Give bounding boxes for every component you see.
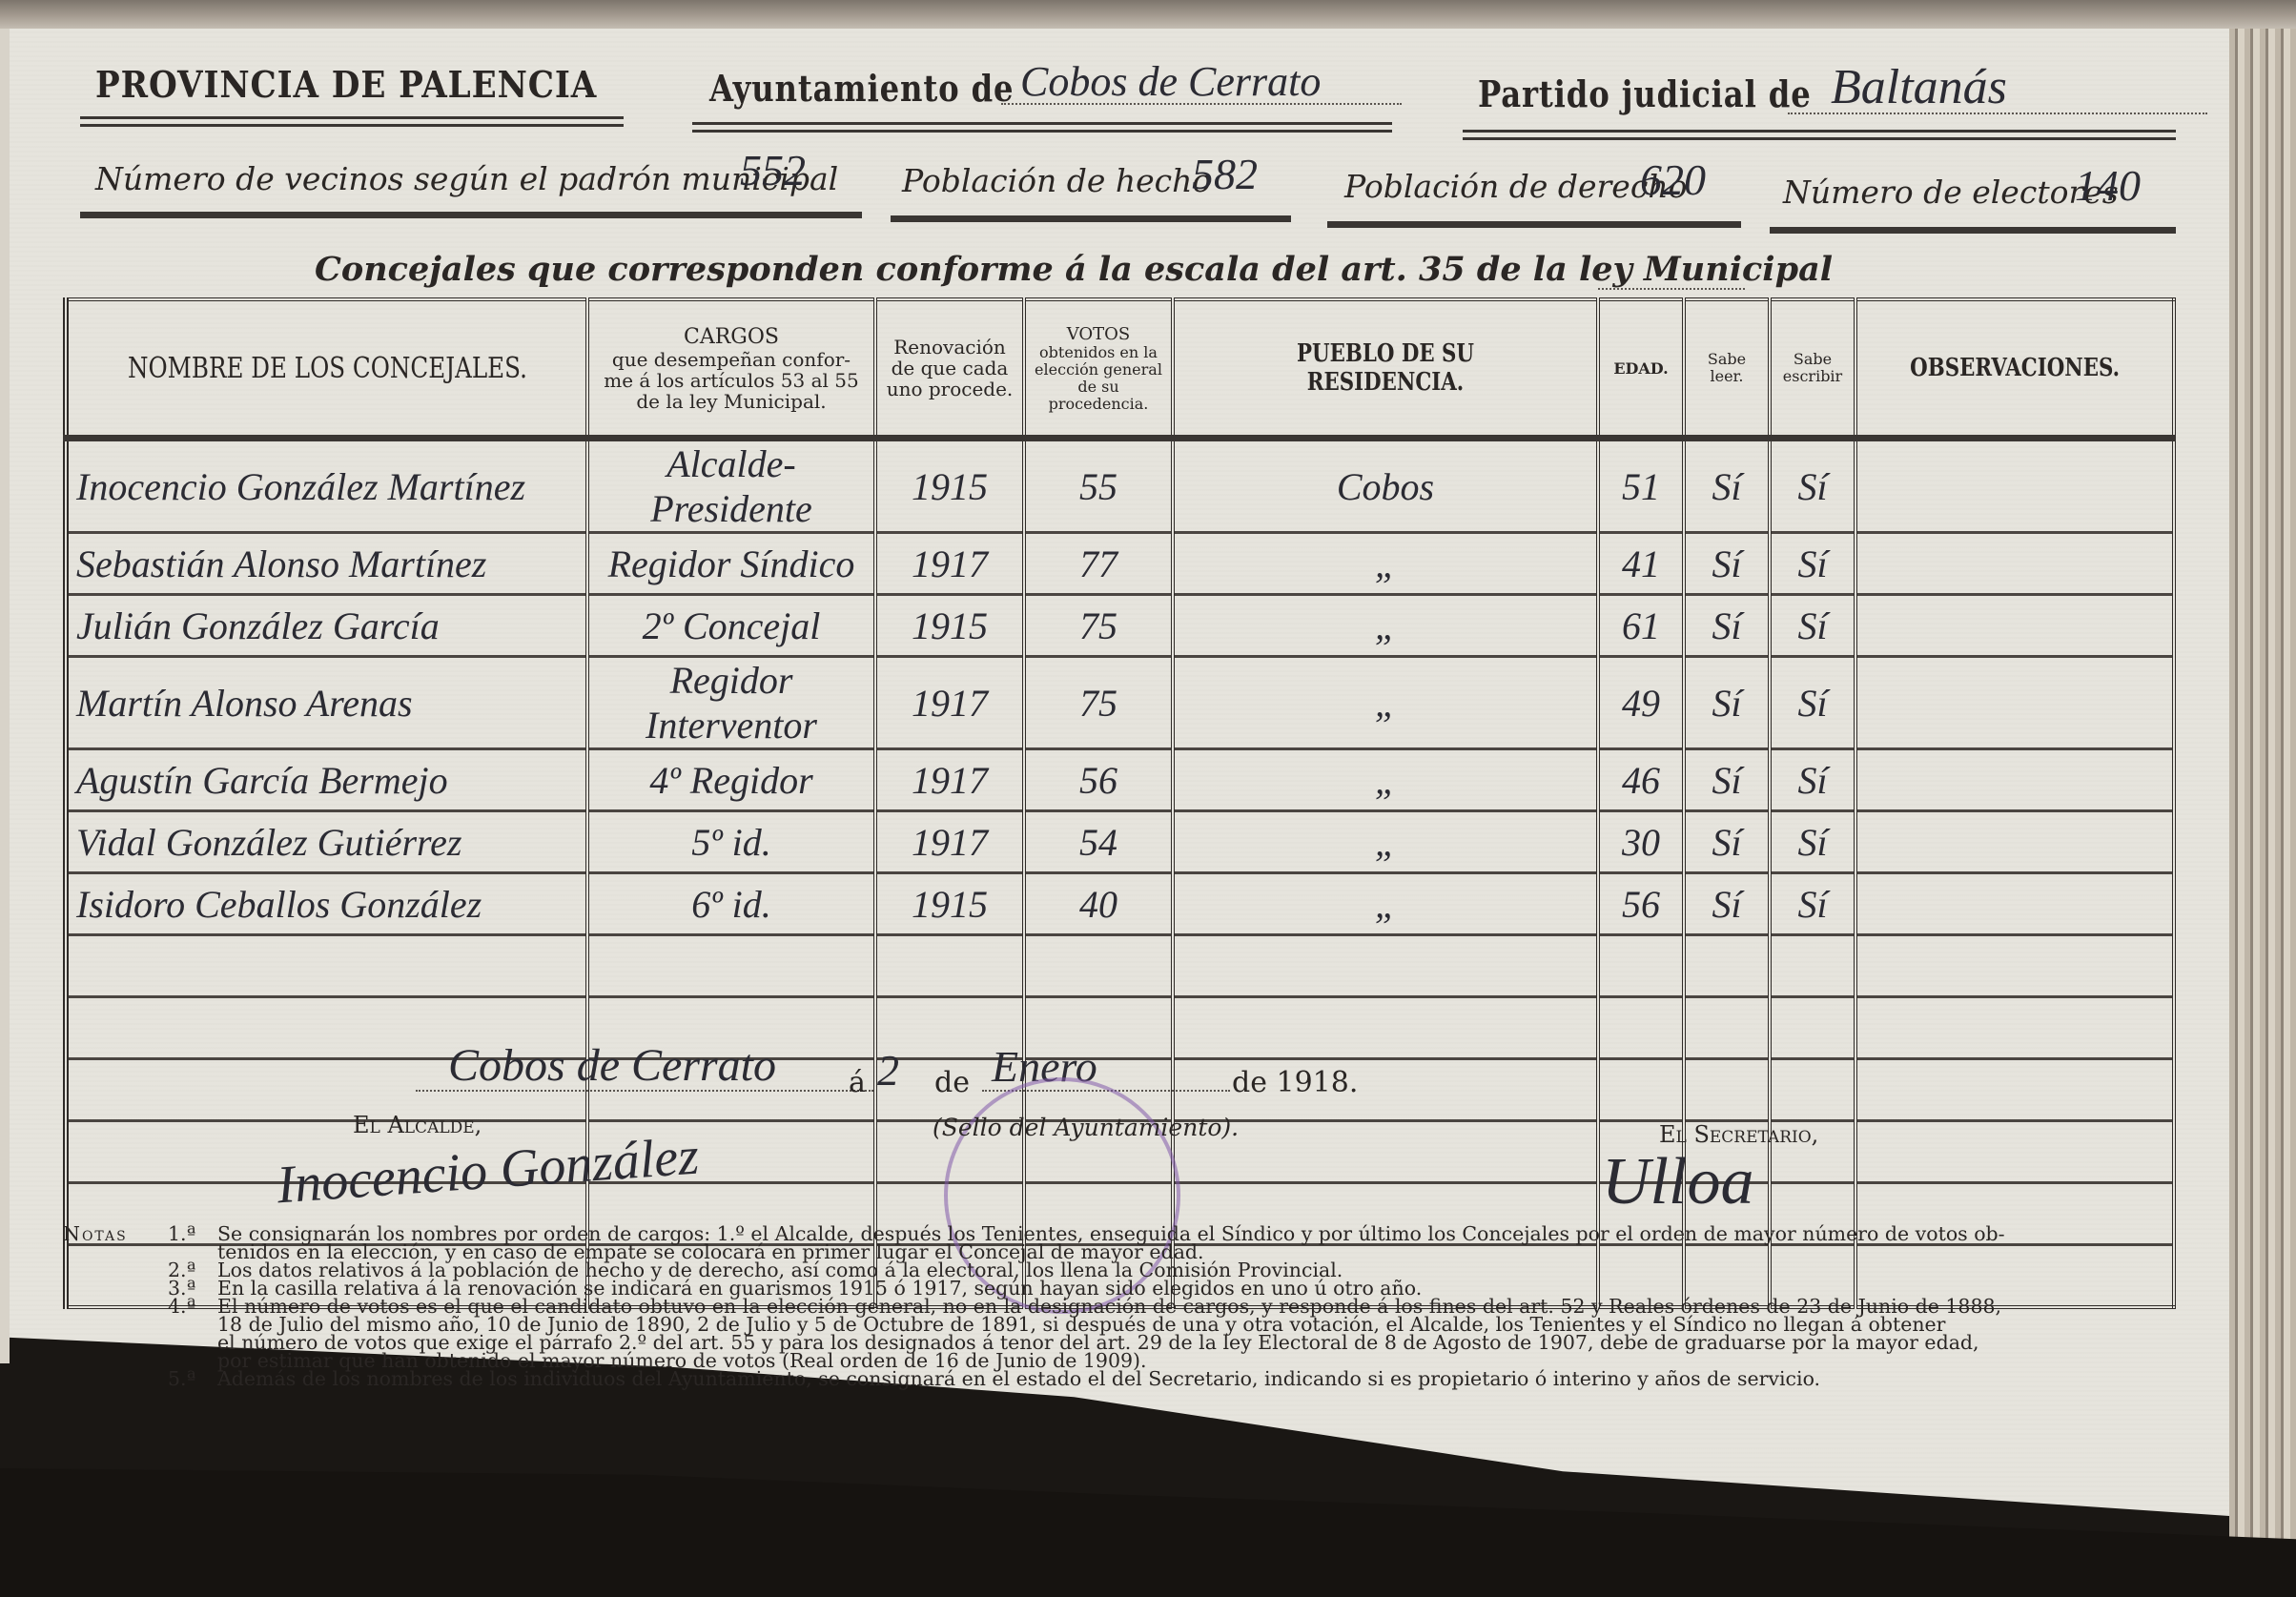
table-row: Inocencio González MartínezAlcalde-Presi…: [66, 439, 2174, 533]
divider: [80, 116, 624, 127]
note-text: Además de los nombres de los individuos …: [217, 1370, 2189, 1388]
councillor-observaciones: [1855, 595, 2174, 657]
councillor-edad: 49: [1598, 657, 1684, 749]
councillor-renovacion: 1915: [875, 439, 1024, 533]
councillor-sabe-escribir: Sí: [1770, 873, 1855, 935]
councillor-sabe-leer: Sí: [1684, 595, 1770, 657]
councillor-sabe-escribir: Sí: [1770, 439, 1855, 533]
councillor-votos: 56: [1024, 749, 1173, 811]
councillor-sabe-leer: Sí: [1684, 873, 1770, 935]
derecho-value: 620: [1640, 154, 1706, 205]
councillor-cargo: Regidor Interventor: [587, 657, 875, 749]
councillor-renovacion: 1917: [875, 811, 1024, 873]
councillor-votos: 40: [1024, 873, 1173, 935]
councillor-pueblo: [1173, 935, 1598, 997]
councillor-observaciones: [1855, 439, 2174, 533]
councillor-name: Julián González García: [66, 595, 587, 657]
councillor-observaciones: [1855, 533, 2174, 595]
councillor-sabe-escribir: Sí: [1770, 811, 1855, 873]
col-edad: EDAD.: [1598, 299, 1684, 439]
councillor-observaciones: [1855, 1059, 2174, 1121]
col-sabe-escribir: Sabe escribir: [1770, 299, 1855, 439]
date-place: Cobos de Cerrato: [448, 1039, 776, 1092]
councillor-name: Inocencio González Martínez: [66, 439, 587, 533]
divider: [80, 212, 862, 218]
subtitle-field-line: [1598, 288, 1745, 290]
councillor-pueblo: „: [1173, 749, 1598, 811]
table-row: Agustín García Bermejo4º Regidor191756„4…: [66, 749, 2174, 811]
councillor-pueblo: „: [1173, 873, 1598, 935]
notes-label: [63, 1261, 168, 1280]
note-number: 5.ª: [168, 1370, 217, 1388]
councillor-cargo: 5º id.: [587, 811, 875, 873]
councillor-sabe-escribir: [1770, 1059, 1855, 1121]
table-row: Vidal González Gutiérrez5º id.191754„30S…: [66, 811, 2174, 873]
councillor-sabe-leer: [1684, 935, 1770, 997]
book-left-edge: [0, 29, 10, 1363]
councillor-sabe-leer: Sí: [1684, 439, 1770, 533]
table-row: [66, 935, 2174, 997]
col-pueblo: PUEBLO DE SU RESIDENCIA.: [1173, 299, 1598, 439]
councillor-pueblo: [1173, 997, 1598, 1059]
councillor-edad: 61: [1598, 595, 1684, 657]
councillor-edad: [1598, 1059, 1684, 1121]
col-cargos: CARGOS que desempeñan confor- me á los a…: [587, 299, 875, 439]
councillor-sabe-leer: Sí: [1684, 811, 1770, 873]
councillor-name: Martín Alonso Arenas: [66, 657, 587, 749]
col-sabe-leer: Sabe leer.: [1684, 299, 1770, 439]
table-row: Sebastián Alonso MartínezRegidor Síndico…: [66, 533, 2174, 595]
divider: [1327, 221, 1741, 228]
councillor-name: Agustín García Bermejo: [66, 749, 587, 811]
subtitle: Concejales que corresponden conforme á l…: [315, 250, 1833, 289]
councillor-sabe-escribir: [1770, 997, 1855, 1059]
councillor-votos: 54: [1024, 811, 1173, 873]
alcalde-label: El Alcalde,: [353, 1112, 482, 1138]
councillor-pueblo: „: [1173, 595, 1598, 657]
hecho-label: Población de hecho: [902, 162, 1211, 199]
councillor-cargo: 4º Regidor: [587, 749, 875, 811]
councillor-renovacion: 1917: [875, 657, 1024, 749]
councillor-sabe-leer: [1684, 1059, 1770, 1121]
councillor-renovacion: [875, 935, 1024, 997]
councillor-votos: 55: [1024, 439, 1173, 533]
councillor-cargo: Regidor Síndico: [587, 533, 875, 595]
partido-label: Partido judicial de: [1478, 72, 1812, 115]
notes-label: Notas: [63, 1225, 168, 1243]
divider: [1770, 227, 2176, 234]
councillor-pueblo: „: [1173, 533, 1598, 595]
notes-label: [63, 1298, 168, 1316]
councillor-renovacion: 1915: [875, 595, 1024, 657]
councillor-pueblo: „: [1173, 657, 1598, 749]
ayuntamiento-value: Cobos de Cerrato: [1020, 57, 1321, 106]
councillor-votos: 77: [1024, 533, 1173, 595]
vecinos-label: Número de vecinos según el padrón munici…: [95, 160, 838, 197]
ayuntamiento-label: Ayuntamiento de: [709, 67, 1014, 110]
councillor-sabe-leer: [1684, 997, 1770, 1059]
electores-label: Número de electores: [1783, 174, 2119, 211]
note-number: 4.ª: [168, 1298, 217, 1316]
notes-label: [63, 1370, 168, 1388]
councillor-edad: 46: [1598, 749, 1684, 811]
councillor-renovacion: 1917: [875, 533, 1024, 595]
councillor-votos: [1024, 935, 1173, 997]
councillor-pueblo: „: [1173, 811, 1598, 873]
councillor-observaciones: [1855, 657, 2174, 749]
table-row: Isidoro Ceballos González6º id.191540„56…: [66, 873, 2174, 935]
councillor-renovacion: 1917: [875, 749, 1024, 811]
col-nombre: NOMBRE DE LOS CONCEJALES.: [66, 299, 587, 439]
councillor-edad: 30: [1598, 811, 1684, 873]
councillor-observaciones: [1855, 811, 2174, 873]
councillor-renovacion: 1915: [875, 873, 1024, 935]
secretario-signature: Ulloa: [1602, 1144, 1753, 1220]
date-a: á: [849, 1066, 866, 1099]
date-de: de: [934, 1066, 970, 1099]
partido-value: Baltanás: [1831, 59, 2007, 115]
councillor-name: Sebastián Alonso Martínez: [66, 533, 587, 595]
notes-section: Notas1.ªSe consignarán los nombres por o…: [63, 1225, 2189, 1388]
divider: [1463, 130, 2176, 140]
note-item: 5.ªAdemás de los nombres de los individu…: [63, 1370, 2189, 1388]
councillor-sabe-escribir: Sí: [1770, 595, 1855, 657]
councillor-cargo: [587, 935, 875, 997]
table-row: Julián González García2º Concejal191575„…: [66, 595, 2174, 657]
vecinos-value: 552: [740, 145, 806, 195]
councillor-sabe-escribir: Sí: [1770, 657, 1855, 749]
councillor-cargo: 6º id.: [587, 873, 875, 935]
councillor-pueblo: Cobos: [1173, 439, 1598, 533]
councillor-edad: [1598, 935, 1684, 997]
col-observaciones: OBSERVACIONES.: [1855, 299, 2174, 439]
councillor-sabe-leer: Sí: [1684, 533, 1770, 595]
table-header-row: NOMBRE DE LOS CONCEJALES. CARGOS que des…: [66, 299, 2174, 439]
col-votos: VOTOS obtenidos en la elección general d…: [1024, 299, 1173, 439]
divider: [891, 215, 1291, 222]
divider: [692, 122, 1392, 133]
councillor-name: Isidoro Ceballos González: [66, 873, 587, 935]
notes-label: [63, 1280, 168, 1298]
councillor-edad: 51: [1598, 439, 1684, 533]
book-page-stack: [2229, 29, 2296, 1592]
date-year: de 1918.: [1232, 1066, 1358, 1099]
councillor-name: Vidal González Gutiérrez: [66, 811, 587, 873]
derecho-label: Población de derecho: [1344, 168, 1687, 205]
hecho-value: 582: [1192, 149, 1258, 199]
councillor-sabe-escribir: Sí: [1770, 749, 1855, 811]
councillor-observaciones: [1855, 997, 2174, 1059]
sello-label: (Sello del Ayuntamiento).: [933, 1114, 1239, 1141]
date-day: 2: [877, 1045, 899, 1095]
councillor-votos: 75: [1024, 657, 1173, 749]
councillor-cargo: Alcalde-Presidente: [587, 439, 875, 533]
councillor-name: [66, 935, 587, 997]
councillor-votos: 75: [1024, 595, 1173, 657]
councillor-edad: 56: [1598, 873, 1684, 935]
col-renovacion: Renovación de que cada uno procede.: [875, 299, 1024, 439]
councillor-observaciones: [1855, 935, 2174, 997]
councillor-sabe-escribir: Sí: [1770, 533, 1855, 595]
province-title: PROVINCIA DE PALENCIA: [95, 63, 597, 106]
councillor-sabe-leer: Sí: [1684, 749, 1770, 811]
electores-value: 140: [2075, 160, 2141, 211]
councillor-edad: [1598, 997, 1684, 1059]
councillor-sabe-escribir: [1770, 935, 1855, 997]
councillor-cargo: 2º Concejal: [587, 595, 875, 657]
councillor-observaciones: [1855, 873, 2174, 935]
councillor-observaciones: [1855, 749, 2174, 811]
note-number: 1.ª: [168, 1225, 217, 1243]
councillor-observaciones: [1855, 1121, 2174, 1183]
table-row: [66, 997, 2174, 1059]
document-scan: PROVINCIA DE PALENCIA Ayuntamiento de Co…: [0, 0, 2296, 1597]
table-row: Martín Alonso ArenasRegidor Interventor1…: [66, 657, 2174, 749]
councillor-sabe-leer: Sí: [1684, 657, 1770, 749]
councillor-edad: 41: [1598, 533, 1684, 595]
